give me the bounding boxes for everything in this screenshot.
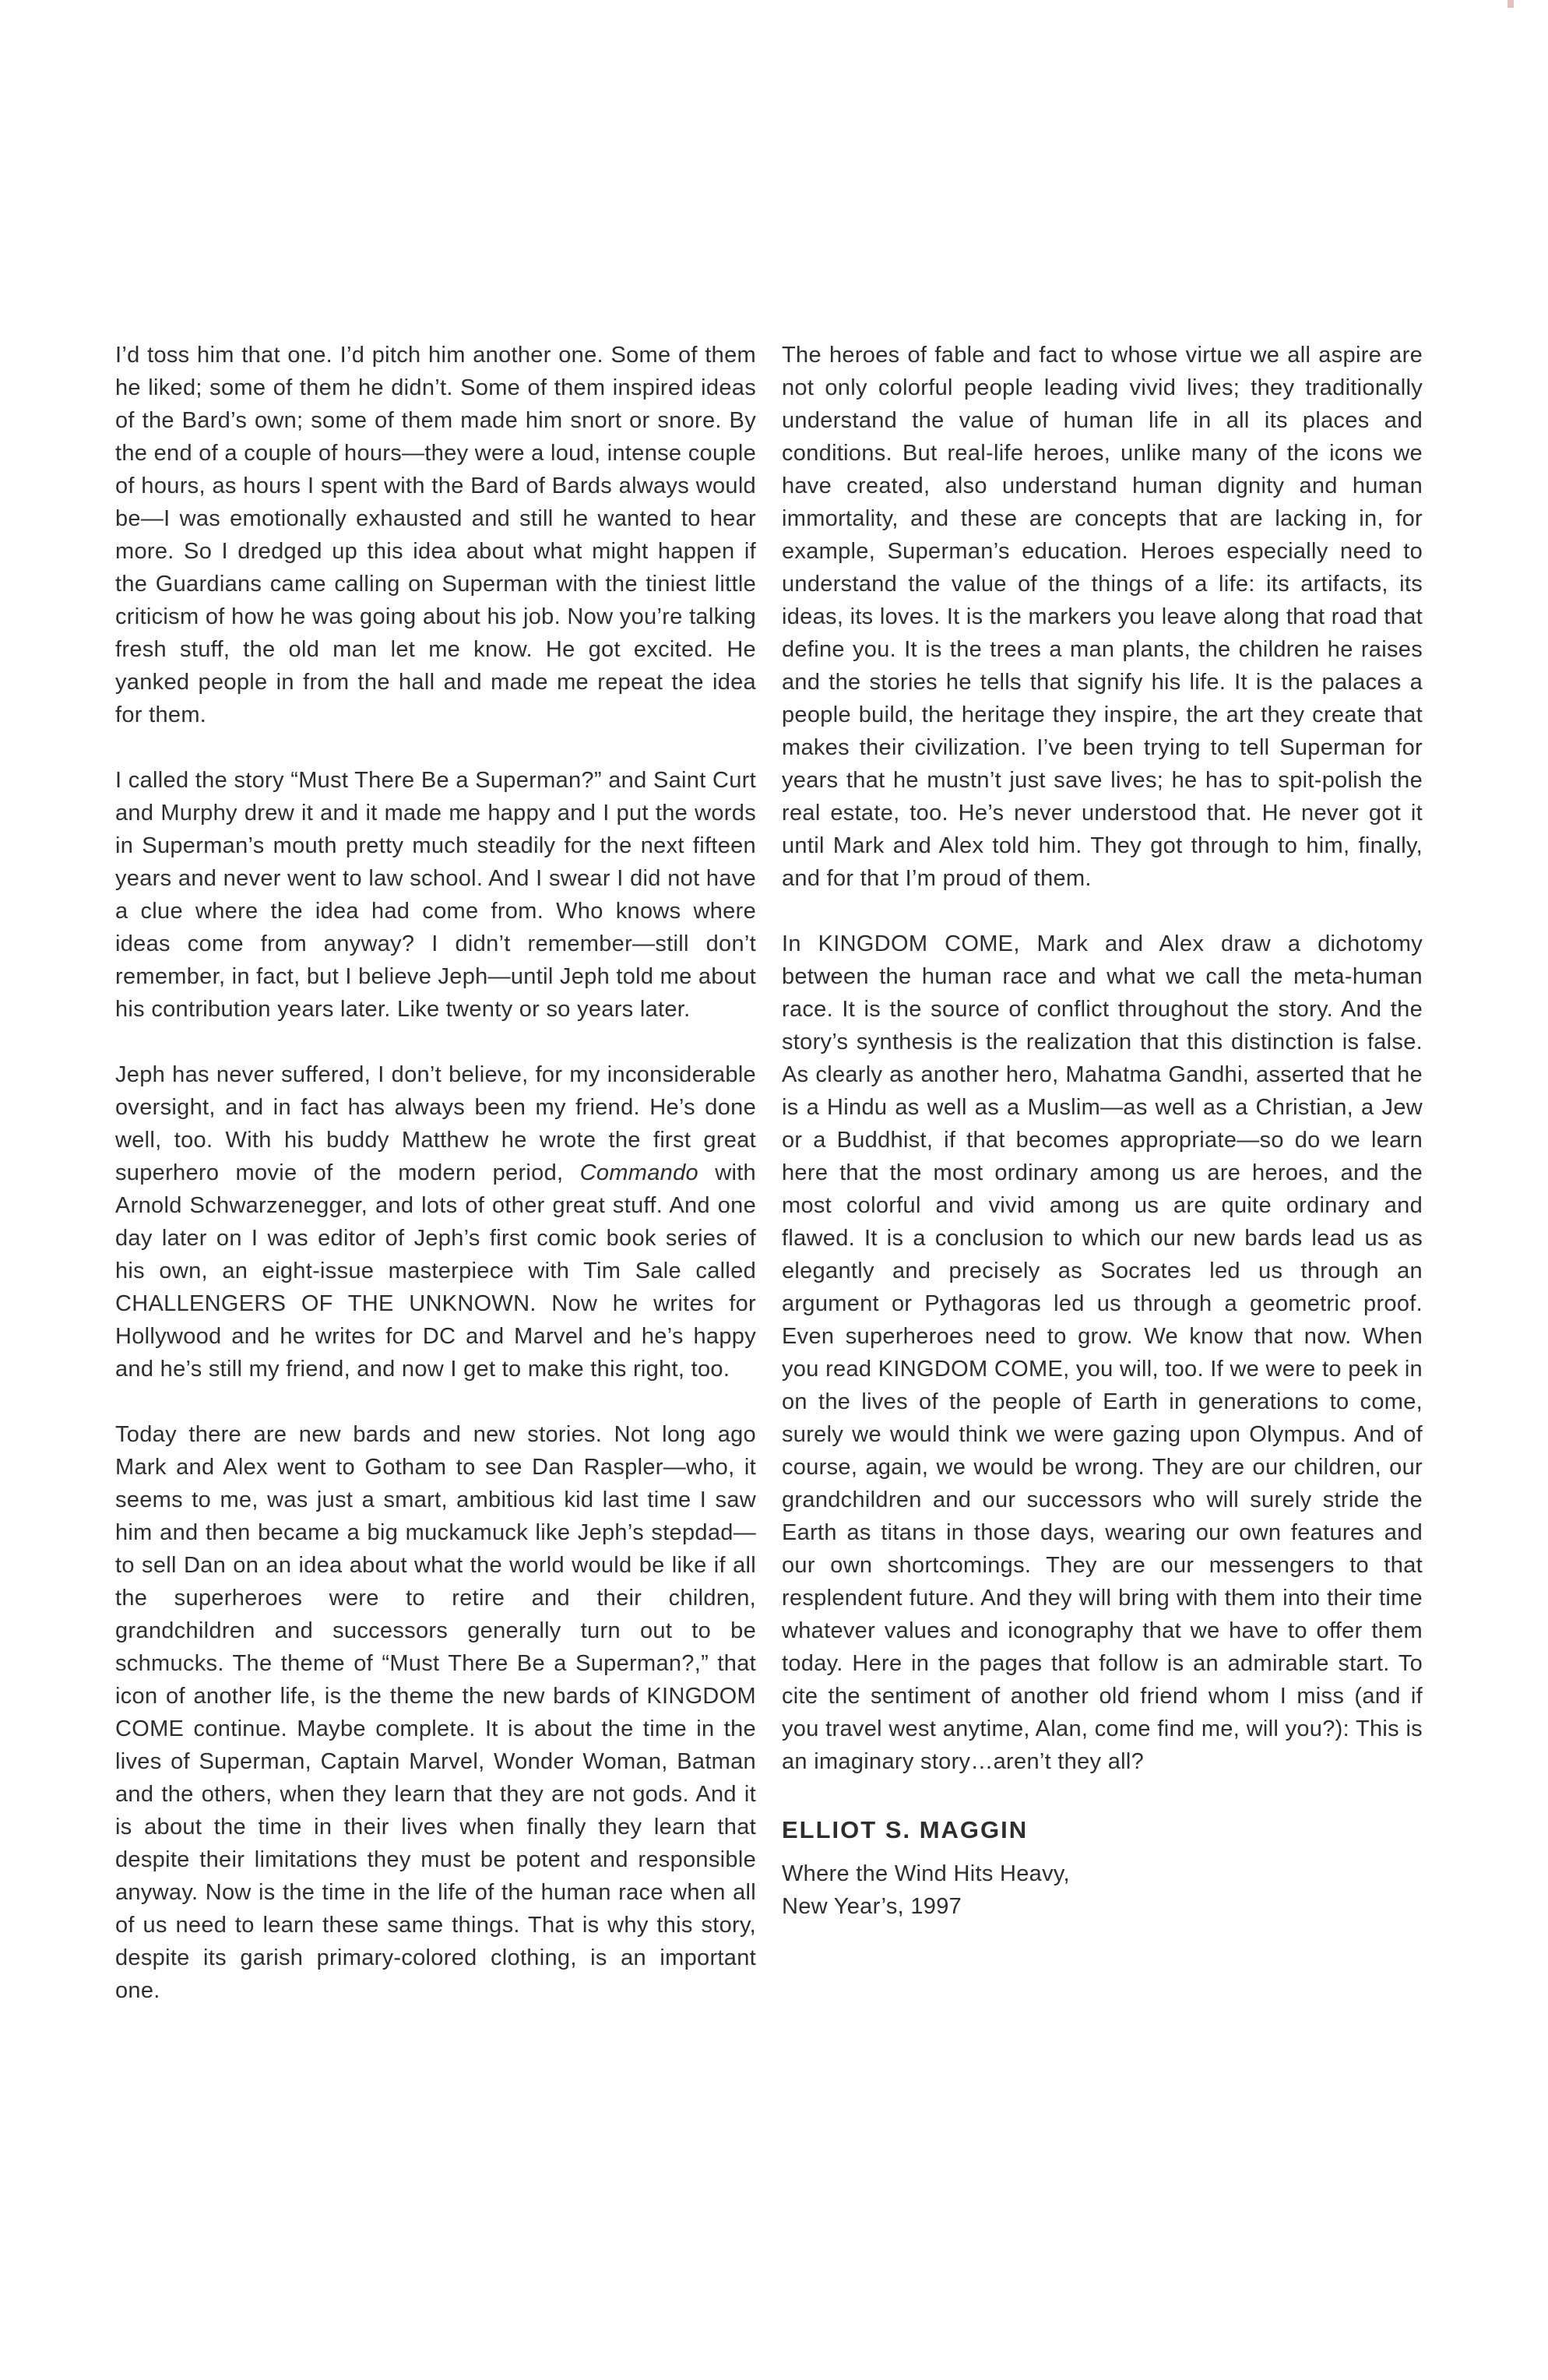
right-column: The heroes of fable and fact to whose vi…	[782, 339, 1423, 1923]
paragraph: The heroes of fable and fact to whose vi…	[782, 339, 1423, 895]
text-run: I called the story “Must There Be a Supe…	[115, 768, 756, 1022]
paragraph: Today there are new bards and new storie…	[115, 1418, 756, 2007]
left-column-paragraphs: I’d toss him that one. I’d pitch him ano…	[115, 339, 756, 2007]
italic-text-run: Commando	[580, 1160, 698, 1185]
signature-block: ELLIOT S. MAGGIN Where the Wind Hits Hea…	[782, 1814, 1423, 1923]
book-page: I’d toss him that one. I’d pitch him ano…	[0, 0, 1548, 2380]
paragraph: Jeph has never suffered, I don’t believe…	[115, 1058, 756, 1385]
paragraph: I’d toss him that one. I’d pitch him ano…	[115, 339, 756, 731]
text-run: Today there are new bards and new storie…	[115, 1422, 756, 2003]
signature-date: New Year’s, 1997	[782, 1890, 1423, 1923]
text-run: In KINGDOM COME, Mark and Alex draw a di…	[782, 931, 1423, 1774]
text-run: I’d toss him that one. I’d pitch him ano…	[115, 343, 756, 727]
author-name: ELLIOT S. MAGGIN	[782, 1814, 1423, 1847]
paragraph: In KINGDOM COME, Mark and Alex draw a di…	[782, 928, 1423, 1778]
scan-artifact	[1508, 0, 1514, 8]
left-column: I’d toss him that one. I’d pitch him ano…	[115, 339, 756, 2007]
paragraph: I called the story “Must There Be a Supe…	[115, 764, 756, 1026]
text-run: The heroes of fable and fact to whose vi…	[782, 343, 1423, 891]
signature-place: Where the Wind Hits Heavy,	[782, 1857, 1423, 1890]
text-run: with Arnold Schwarzenegger, and lots of …	[115, 1160, 756, 1382]
right-column-paragraphs: The heroes of fable and fact to whose vi…	[782, 339, 1423, 1778]
